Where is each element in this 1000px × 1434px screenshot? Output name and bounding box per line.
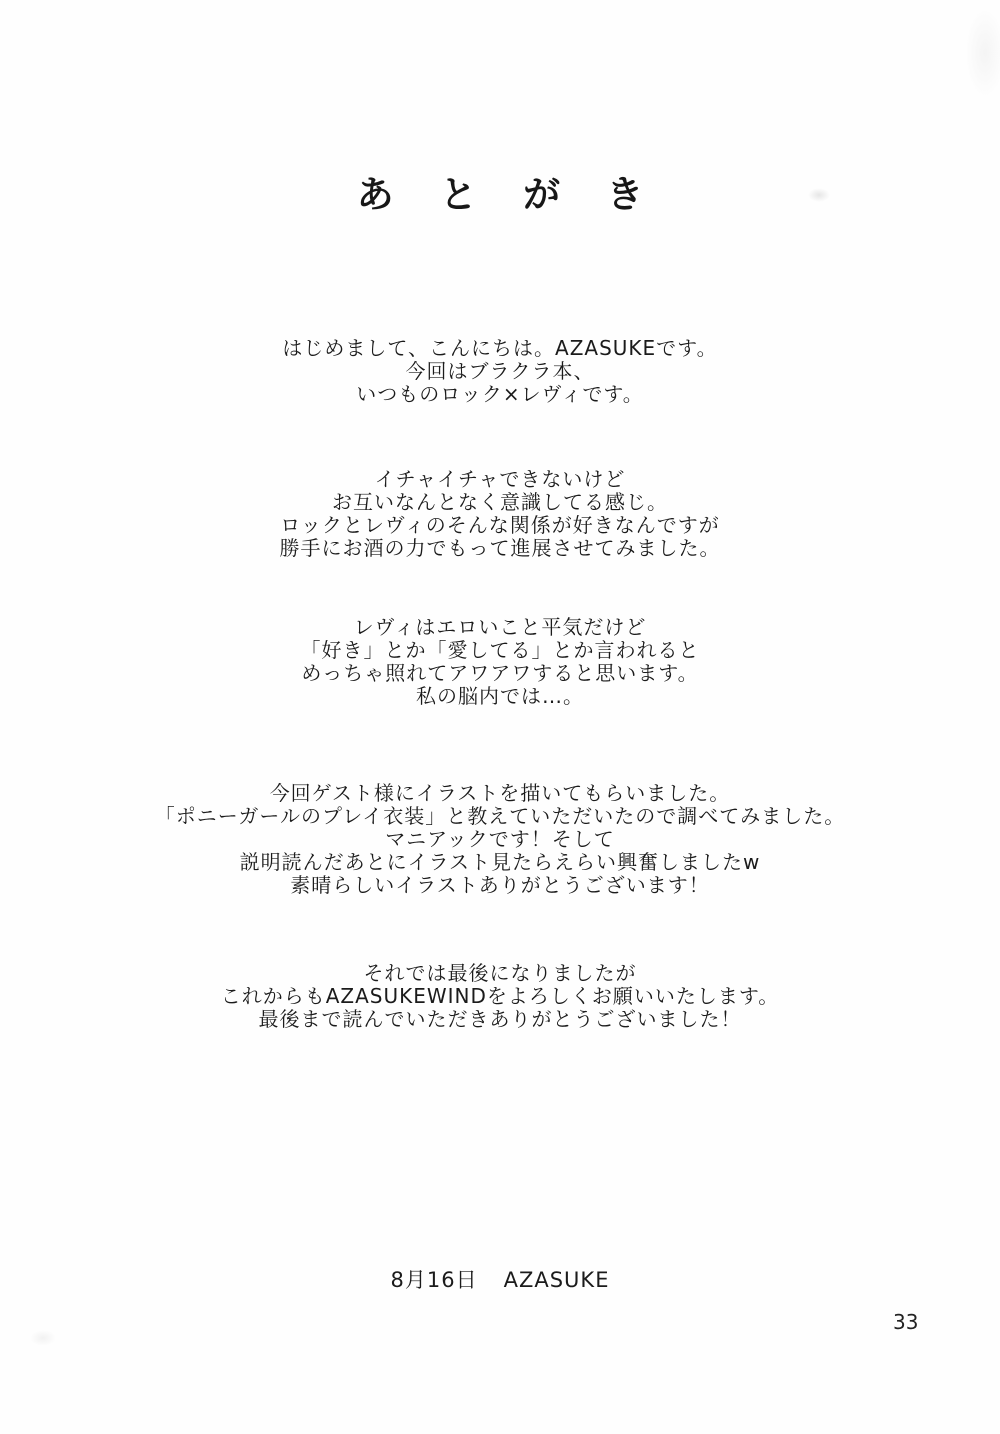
text-line: 「好き」とか「愛してる」とか言われると xyxy=(0,639,1000,662)
paragraph-relationship: イチャイチャできないけど お互いなんとなく意識してる感じ。 ロックとレヴィのそん… xyxy=(0,468,1000,560)
text-line: レヴィはエロいこと平気だけど xyxy=(0,616,1000,639)
text-line: お互いなんとなく意識してる感じ。 xyxy=(0,491,1000,514)
scanned-afterword-page: あとがき はじめまして、こんにちは。AZASUKEです。 今回はブラクラ本、 い… xyxy=(0,0,1000,1434)
signature-date: 8月16日 xyxy=(391,1268,478,1292)
text-line: イチャイチャできないけど xyxy=(0,468,1000,491)
text-line: 素晴らしいイラストありがとうございます！ xyxy=(0,874,1000,897)
page-title-text: あとがき xyxy=(357,164,690,218)
signature-line: 8月16日AZASUKE xyxy=(0,1264,1000,1294)
paragraph-guest-illustration: 今回ゲスト様にイラストを描いてもらいました。 「ポニーガールのプレイ衣装」と教え… xyxy=(0,782,1000,897)
signature-author: AZASUKE xyxy=(504,1268,610,1292)
text-line: 勝手にお酒の力でもって進展させてみました。 xyxy=(0,537,1000,560)
text-line: それでは最後になりましたが xyxy=(0,962,1000,985)
text-line: 今回ゲスト様にイラストを描いてもらいました。 xyxy=(0,782,1000,805)
text-line: これからもAZASUKEWINDをよろしくお願いいたします。 xyxy=(0,985,1000,1008)
text-line: めっちゃ照れてアワアワすると思います。 xyxy=(0,662,1000,685)
scan-smudge xyxy=(30,1330,56,1346)
text-line: はじめまして、こんにちは。AZASUKEです。 xyxy=(0,337,1000,360)
text-line: マニアックです！そして xyxy=(0,828,1000,851)
paragraph-closing: それでは最後になりましたが これからもAZASUKEWINDをよろしくお願いいた… xyxy=(0,962,1000,1031)
text-line: いつものロック×レヴィです。 xyxy=(0,383,1000,406)
text-line: 最後まで読んでいただきありがとうございました！ xyxy=(0,1008,1000,1031)
paragraph-greeting: はじめまして、こんにちは。AZASUKEです。 今回はブラクラ本、 いつものロッ… xyxy=(0,337,1000,406)
page-number: 33 xyxy=(893,1310,918,1334)
paragraph-character-thoughts: レヴィはエロいこと平気だけど 「好き」とか「愛してる」とか言われると めっちゃ照… xyxy=(0,616,1000,708)
text-line: 今回はブラクラ本、 xyxy=(0,360,1000,383)
text-line: 説明読んだあとにイラスト見たらえらい興奮しましたw xyxy=(0,851,1000,874)
text-line: ロックとレヴィのそんな関係が好きなんですが xyxy=(0,514,1000,537)
text-line: 「ポニーガールのプレイ衣装」と教えていただいたので調べてみました。 xyxy=(0,805,1000,828)
page-title: あとがき xyxy=(0,164,1000,218)
scan-smudge xyxy=(965,8,1000,98)
text-line: 私の脳内では…。 xyxy=(0,685,1000,708)
